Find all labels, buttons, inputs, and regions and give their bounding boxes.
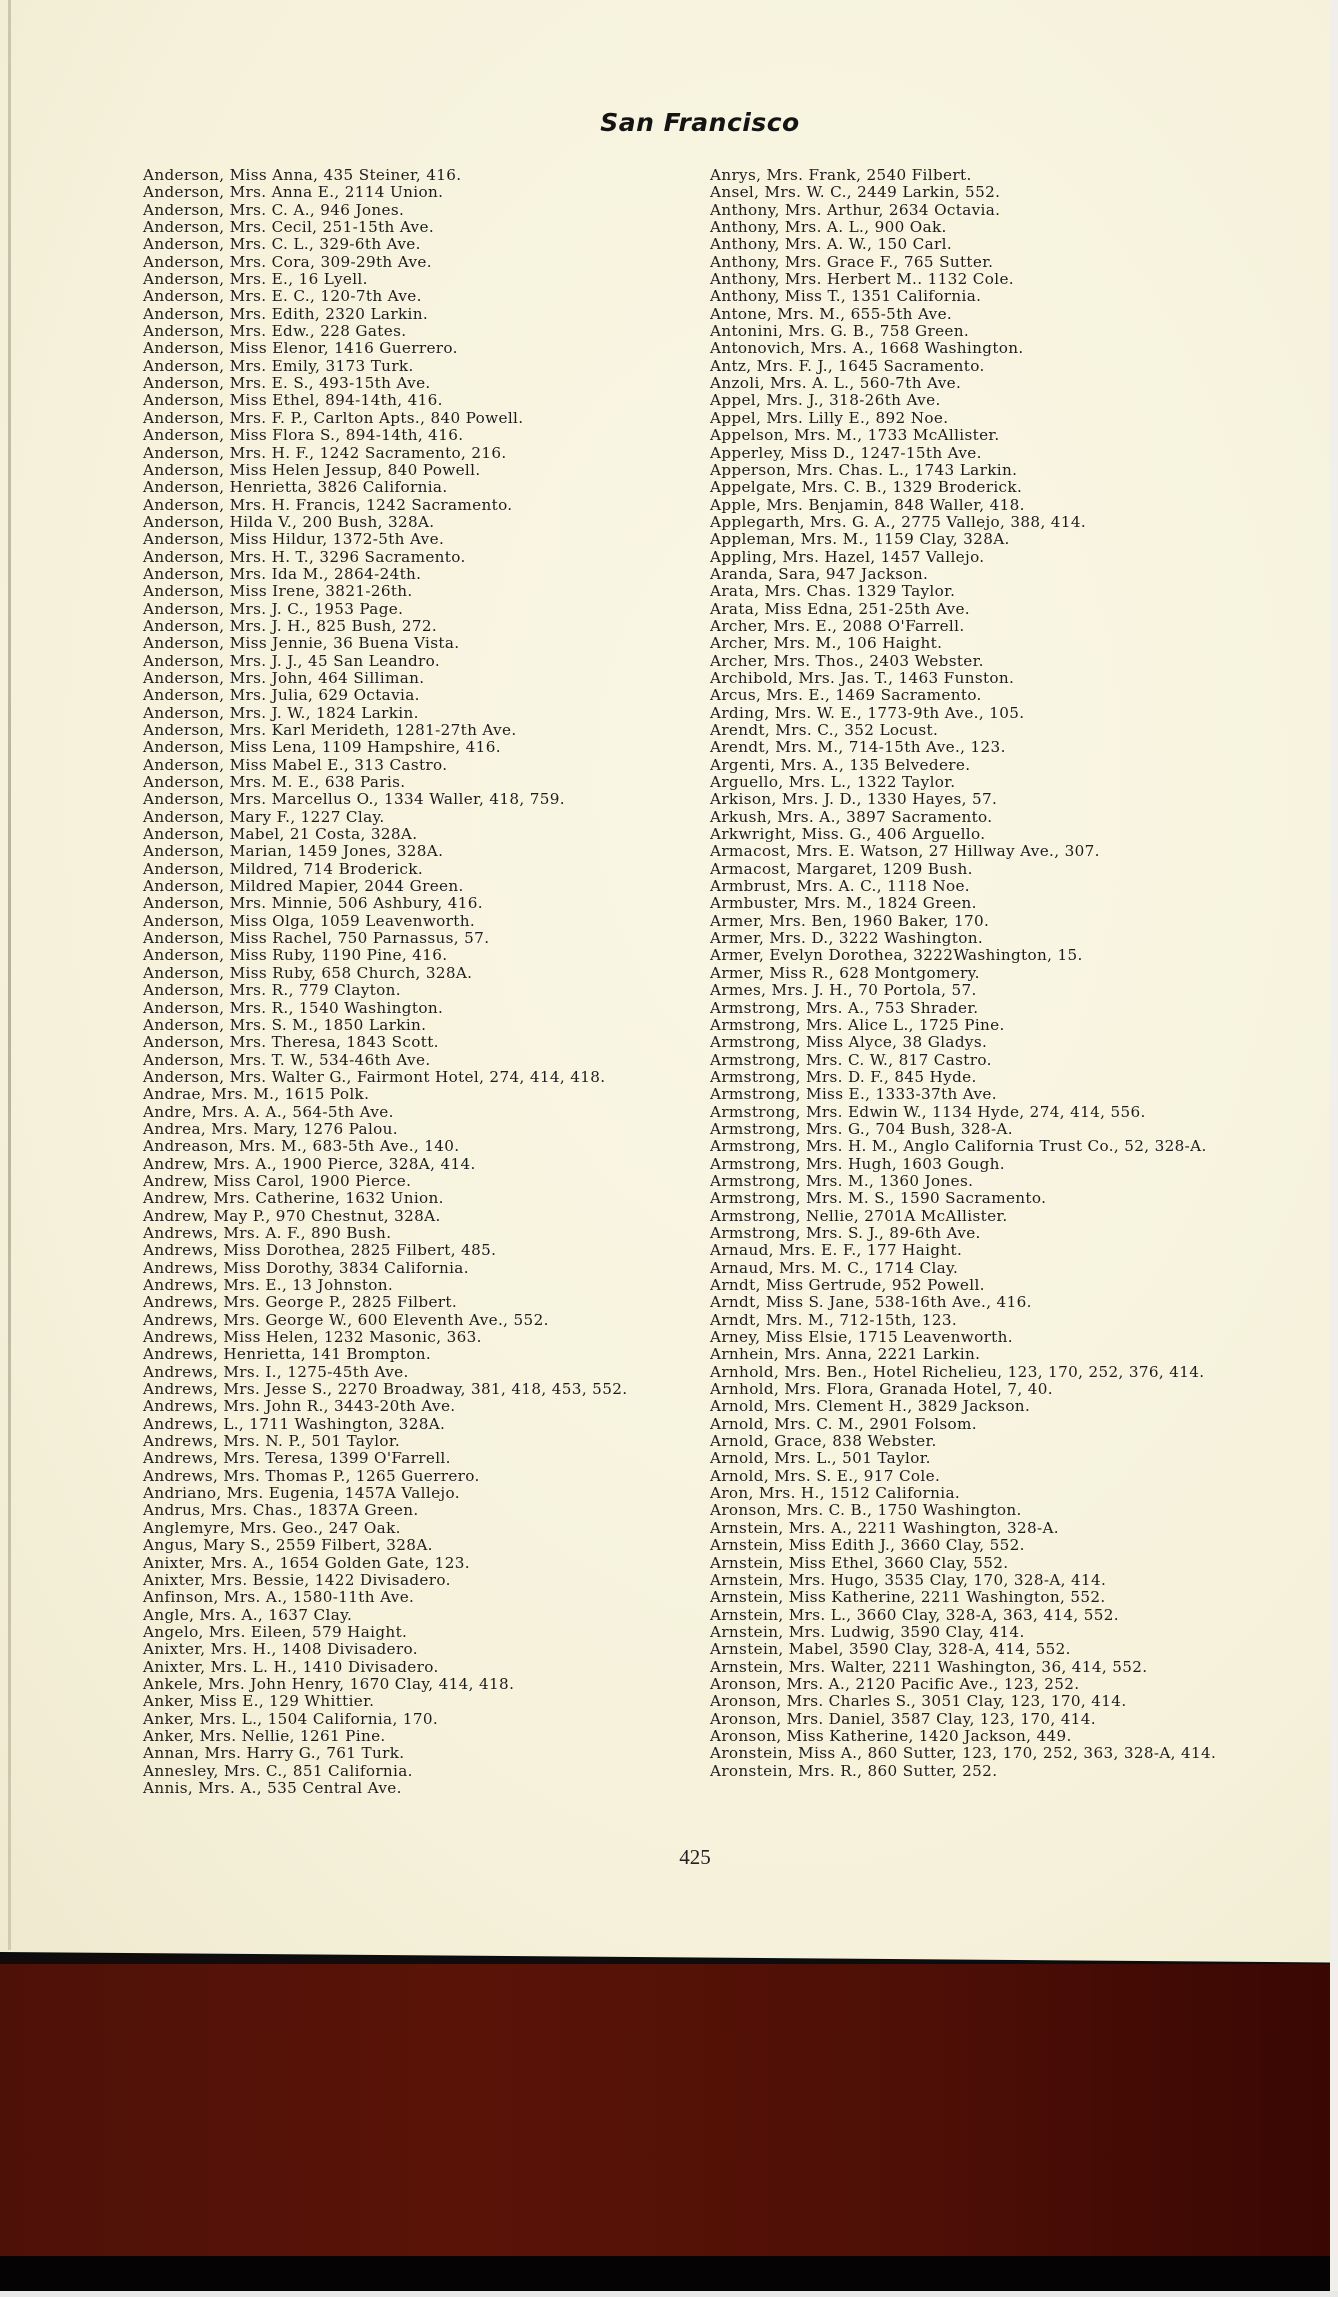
directory-entry: Archibold, Mrs. Jas. T., 1463 Funston. [710, 670, 1250, 687]
directory-entry: Argenti, Mrs. A., 135 Belvedere. [710, 757, 1250, 774]
directory-entry: Angle, Mrs. A., 1637 Clay. [143, 1607, 683, 1624]
right-column: Anrys, Mrs. Frank, 2540 Filbert.Ansel, M… [710, 167, 1250, 1780]
directory-entry: Arnhold, Mrs. Ben., Hotel Richelieu, 123… [710, 1364, 1250, 1381]
directory-entry: Anderson, Mrs. Emily, 3173 Turk. [143, 358, 683, 375]
directory-entry: Anderson, Miss Elenor, 1416 Guerrero. [143, 340, 683, 357]
directory-entry: Armbuster, Mrs. M., 1824 Green. [710, 895, 1250, 912]
directory-entry: Arnhold, Mrs. Flora, Granada Hotel, 7, 4… [710, 1381, 1250, 1398]
directory-entry: Anderson, Miss Flora S., 894-14th, 416. [143, 427, 683, 444]
directory-entry: Apperson, Mrs. Chas. L., 1743 Larkin. [710, 462, 1250, 479]
directory-entry: Appel, Mrs. Lilly E., 892 Noe. [710, 410, 1250, 427]
directory-entry: Aronstein, Mrs. R., 860 Sutter, 252. [710, 1763, 1250, 1780]
directory-entry: Arguello, Mrs. L., 1322 Taylor. [710, 774, 1250, 791]
directory-entry: Andrews, Mrs. Thomas P., 1265 Guerrero. [143, 1468, 683, 1485]
directory-entry: Arndt, Miss Gertrude, 952 Powell. [710, 1277, 1250, 1294]
directory-entry: Appelgate, Mrs. C. B., 1329 Broderick. [710, 479, 1250, 496]
directory-entry: Armacost, Margaret, 1209 Bush. [710, 861, 1250, 878]
directory-entry: Anderson, Marian, 1459 Jones, 328A. [143, 843, 683, 860]
directory-entry: Arnstein, Mabel, 3590 Clay, 328-A, 414, … [710, 1641, 1250, 1658]
directory-entry: Andrus, Mrs. Chas., 1837A Green. [143, 1502, 683, 1519]
directory-entry: Antz, Mrs. F. J., 1645 Sacramento. [710, 358, 1250, 375]
directory-entry: Arnold, Grace, 838 Webster. [710, 1433, 1250, 1450]
directory-entry: Anderson, Mrs. S. M., 1850 Larkin. [143, 1017, 683, 1034]
directory-entry: Apperley, Miss D., 1247-15th Ave. [710, 445, 1250, 462]
directory-entry: Andrews, Mrs. Teresa, 1399 O'Farrell. [143, 1450, 683, 1467]
page-number: 425 [0, 1845, 1338, 1870]
directory-entry: Armstrong, Mrs. G., 704 Bush, 328-A. [710, 1121, 1250, 1138]
directory-entry: Armstrong, Mrs. C. W., 817 Castro. [710, 1052, 1250, 1069]
directory-entry: Andrews, Mrs. Jesse S., 2270 Broadway, 3… [143, 1381, 683, 1398]
directory-entry: Anthony, Mrs. A. L., 900 Oak. [710, 219, 1250, 236]
directory-entry: Anderson, Mrs. J. C., 1953 Page. [143, 601, 683, 618]
directory-entry: Anker, Mrs. L., 1504 California, 170. [143, 1711, 683, 1728]
directory-entry: Anderson, Mrs. E. C., 120-7th Ave. [143, 288, 683, 305]
directory-entry: Antonovich, Mrs. A., 1668 Washington. [710, 340, 1250, 357]
directory-entry: Archer, Mrs. M., 106 Haight. [710, 635, 1250, 652]
directory-entry: Anthony, Mrs. Herbert M.. 1132 Cole. [710, 271, 1250, 288]
directory-entry: Arnhein, Mrs. Anna, 2221 Larkin. [710, 1346, 1250, 1363]
directory-entry: Anderson, Mrs. T. W., 534-46th Ave. [143, 1052, 683, 1069]
directory-entry: Anixter, Mrs. A., 1654 Golden Gate, 123. [143, 1555, 683, 1572]
scan-margin [1330, 0, 1338, 2297]
directory-entry: Anker, Miss E., 129 Whittier. [143, 1693, 683, 1710]
directory-entry: Andrew, Mrs. A., 1900 Pierce, 328A, 414. [143, 1156, 683, 1173]
directory-entry: Anglemyre, Mrs. Geo., 247 Oak. [143, 1520, 683, 1537]
directory-entry: Anderson, Hilda V., 200 Bush, 328A. [143, 514, 683, 531]
directory-entry: Andrews, Miss Dorothy, 3834 California. [143, 1260, 683, 1277]
directory-page: San Francisco Anderson, Miss Anna, 435 S… [0, 0, 1330, 1962]
directory-entry: Anderson, Miss Anna, 435 Steiner, 416. [143, 167, 683, 184]
directory-entry: Anderson, Miss Ruby, 658 Church, 328A. [143, 965, 683, 982]
directory-entry: Anixter, Mrs. Bessie, 1422 Divisadero. [143, 1572, 683, 1589]
directory-entry: Andrews, Mrs. A. F., 890 Bush. [143, 1225, 683, 1242]
directory-entry: Andrews, Mrs. E., 13 Johnston. [143, 1277, 683, 1294]
directory-entry: Antone, Mrs. M., 655-5th Ave. [710, 306, 1250, 323]
directory-entry: Anderson, Mrs. Anna E., 2114 Union. [143, 184, 683, 201]
directory-entry: Arnstein, Mrs. Walter, 2211 Washington, … [710, 1659, 1250, 1676]
directory-entry: Annesley, Mrs. C., 851 California. [143, 1763, 683, 1780]
directory-entry: Armstrong, Mrs. S. J., 89-6th Ave. [710, 1225, 1250, 1242]
directory-entry: Anderson, Mrs. Cecil, 251-15th Ave. [143, 219, 683, 236]
directory-entry: Aronson, Mrs. A., 2120 Pacific Ave., 123… [710, 1676, 1250, 1693]
directory-entry: Armacost, Mrs. E. Watson, 27 Hillway Ave… [710, 843, 1250, 860]
directory-entry: Aron, Mrs. H., 1512 California. [710, 1485, 1250, 1502]
directory-entry: Arnold, Mrs. S. E., 917 Cole. [710, 1468, 1250, 1485]
directory-entry: Anderson, Mrs. E. S., 493-15th Ave. [143, 375, 683, 392]
directory-entry: Anderson, Miss Irene, 3821-26th. [143, 583, 683, 600]
directory-entry: Andrae, Mrs. M., 1615 Polk. [143, 1086, 683, 1103]
directory-entry: Anderson, Miss Rachel, 750 Parnassus, 57… [143, 930, 683, 947]
directory-entry: Arnstein, Mrs. L., 3660 Clay, 328-A, 363… [710, 1607, 1250, 1624]
directory-entry: Appel, Mrs. J., 318-26th Ave. [710, 392, 1250, 409]
left-column: Anderson, Miss Anna, 435 Steiner, 416.An… [143, 167, 683, 1797]
directory-entry: Angelo, Mrs. Eileen, 579 Haight. [143, 1624, 683, 1641]
directory-entry: Arkush, Mrs. A., 3897 Sacramento. [710, 809, 1250, 826]
directory-entry: Antonini, Mrs. G. B., 758 Green. [710, 323, 1250, 340]
directory-entry: Annis, Mrs. A., 535 Central Ave. [143, 1780, 683, 1797]
directory-entry: Annan, Mrs. Harry G., 761 Turk. [143, 1745, 683, 1762]
directory-entry: Andrea, Mrs. Mary, 1276 Palou. [143, 1121, 683, 1138]
directory-entry: Angus, Mary S., 2559 Filbert, 328A. [143, 1537, 683, 1554]
directory-entry: Anderson, Miss Olga, 1059 Leavenworth. [143, 913, 683, 930]
directory-entry: Anfinson, Mrs. A., 1580-11th Ave. [143, 1589, 683, 1606]
directory-entry: Andrews, L., 1711 Washington, 328A. [143, 1416, 683, 1433]
directory-entry: Anderson, Mrs. Julia, 629 Octavia. [143, 687, 683, 704]
directory-entry: Anderson, Mrs. R., 1540 Washington. [143, 1000, 683, 1017]
directory-entry: Archer, Mrs. Thos., 2403 Webster. [710, 653, 1250, 670]
directory-entry: Arnstein, Miss Katherine, 2211 Washingto… [710, 1589, 1250, 1606]
directory-entry: Armstrong, Mrs. Hugh, 1603 Gough. [710, 1156, 1250, 1173]
directory-entry: Arnold, Mrs. L., 501 Taylor. [710, 1450, 1250, 1467]
directory-entry: Aronson, Miss Katherine, 1420 Jackson, 4… [710, 1728, 1250, 1745]
directory-entry: Anderson, Henrietta, 3826 California. [143, 479, 683, 496]
directory-entry: Anderson, Miss Ethel, 894-14th, 416. [143, 392, 683, 409]
directory-entry: Anderson, Mrs. Minnie, 506 Ashbury, 416. [143, 895, 683, 912]
directory-entry: Anzoli, Mrs. A. L., 560-7th Ave. [710, 375, 1250, 392]
directory-entry: Andrew, Mrs. Catherine, 1632 Union. [143, 1190, 683, 1207]
directory-entry: Arndt, Miss S. Jane, 538-16th Ave., 416. [710, 1294, 1250, 1311]
directory-entry: Anderson, Miss Jennie, 36 Buena Vista. [143, 635, 683, 652]
directory-entry: Anthony, Mrs. Arthur, 2634 Octavia. [710, 202, 1250, 219]
directory-entry: Anderson, Mrs. C. L., 329-6th Ave. [143, 236, 683, 253]
directory-entry: Armes, Mrs. J. H., 70 Portola, 57. [710, 982, 1250, 999]
directory-entry: Anderson, Mrs. R., 779 Clayton. [143, 982, 683, 999]
directory-entry: Arata, Mrs. Chas. 1329 Taylor. [710, 583, 1250, 600]
directory-entry: Arnold, Mrs. Clement H., 3829 Jackson. [710, 1398, 1250, 1415]
directory-entry: Arnstein, Miss Ethel, 3660 Clay, 552. [710, 1555, 1250, 1572]
directory-entry: Armstrong, Mrs. A., 753 Shrader. [710, 1000, 1250, 1017]
directory-entry: Anderson, Mildred Mapier, 2044 Green. [143, 878, 683, 895]
directory-entry: Arndt, Mrs. M., 712-15th, 123. [710, 1312, 1250, 1329]
directory-entry: Anderson, Mildred, 714 Broderick. [143, 861, 683, 878]
directory-entry: Andrews, Mrs. John R., 3443-20th Ave. [143, 1398, 683, 1415]
directory-entry: Armstrong, Mrs. D. F., 845 Hyde. [710, 1069, 1250, 1086]
directory-entry: Anderson, Mrs. Marcellus O., 1334 Waller… [143, 791, 683, 808]
directory-entry: Andrews, Mrs. George W., 600 Eleventh Av… [143, 1312, 683, 1329]
directory-entry: Andrew, Miss Carol, 1900 Pierce. [143, 1173, 683, 1190]
directory-entry: Armbrust, Mrs. A. C., 1118 Noe. [710, 878, 1250, 895]
directory-entry: Anthony, Mrs. A. W., 150 Carl. [710, 236, 1250, 253]
directory-entry: Armstrong, Mrs. M., 1360 Jones. [710, 1173, 1250, 1190]
directory-entry: Arnaud, Mrs. E. F., 177 Haight. [710, 1242, 1250, 1259]
directory-entry: Ankele, Mrs. John Henry, 1670 Clay, 414,… [143, 1676, 683, 1693]
directory-entry: Anderson, Mrs. Ida M., 2864-24th. [143, 566, 683, 583]
directory-entry: Arcus, Mrs. E., 1469 Sacramento. [710, 687, 1250, 704]
directory-entry: Andrews, Miss Helen, 1232 Masonic, 363. [143, 1329, 683, 1346]
directory-entry: Anderson, Miss Ruby, 1190 Pine, 416. [143, 947, 683, 964]
directory-entry: Anker, Mrs. Nellie, 1261 Pine. [143, 1728, 683, 1745]
directory-entry: Anderson, Mrs. John, 464 Silliman. [143, 670, 683, 687]
directory-entry: Anderson, Mrs. J. H., 825 Bush, 272. [143, 618, 683, 635]
directory-entry: Arnstein, Mrs. Ludwig, 3590 Clay, 414. [710, 1624, 1250, 1641]
directory-entry: Anixter, Mrs. H., 1408 Divisadero. [143, 1641, 683, 1658]
directory-entry: Anderson, Mrs. E., 16 Lyell. [143, 271, 683, 288]
directory-entry: Arnstein, Mrs. A., 2211 Washington, 328-… [710, 1520, 1250, 1537]
directory-entry: Armstrong, Miss Alyce, 38 Gladys. [710, 1034, 1250, 1051]
directory-entry: Appelson, Mrs. M., 1733 McAllister. [710, 427, 1250, 444]
directory-entry: Anderson, Miss Hildur, 1372-5th Ave. [143, 531, 683, 548]
directory-entry: Anderson, Mrs. Walter G., Fairmont Hotel… [143, 1069, 683, 1086]
directory-entry: Anthony, Mrs. Grace F., 765 Sutter. [710, 254, 1250, 271]
book-cover [0, 1964, 1330, 2258]
directory-entry: Armstrong, Mrs. H. M., Anglo California … [710, 1138, 1250, 1155]
directory-entry: Andreason, Mrs. M., 683-5th Ave., 140. [143, 1138, 683, 1155]
directory-entry: Applegarth, Mrs. G. A., 2775 Vallejo, 38… [710, 514, 1250, 531]
directory-entry: Arendt, Mrs. C., 352 Locust. [710, 722, 1250, 739]
directory-entry: Apple, Mrs. Benjamin, 848 Waller, 418. [710, 497, 1250, 514]
directory-entry: Anderson, Mrs. Karl Merideth, 1281-27th … [143, 722, 683, 739]
directory-entry: Aronson, Mrs. Charles S., 3051 Clay, 123… [710, 1693, 1250, 1710]
directory-entry: Armer, Evelyn Dorothea, 3222Washington, … [710, 947, 1250, 964]
directory-entry: Armer, Mrs. D., 3222 Washington. [710, 930, 1250, 947]
directory-entry: Andrews, Mrs. N. P., 501 Taylor. [143, 1433, 683, 1450]
directory-entry: Arkison, Mrs. J. D., 1330 Hayes, 57. [710, 791, 1250, 808]
directory-entry: Armstrong, Miss E., 1333-37th Ave. [710, 1086, 1250, 1103]
directory-entry: Armstrong, Mrs. Edwin W., 1134 Hyde, 274… [710, 1104, 1250, 1121]
directory-entry: Arnstein, Mrs. Hugo, 3535 Clay, 170, 328… [710, 1572, 1250, 1589]
directory-entry: Anderson, Mrs. H. F., 1242 Sacramento, 2… [143, 445, 683, 462]
directory-entry: Anderson, Miss Mabel E., 313 Castro. [143, 757, 683, 774]
directory-entry: Anderson, Mrs. J. J., 45 San Leandro. [143, 653, 683, 670]
directory-entry: Arney, Miss Elsie, 1715 Leavenworth. [710, 1329, 1250, 1346]
directory-entry: Anderson, Mrs. H. T., 3296 Sacramento. [143, 549, 683, 566]
page-title: San Francisco [0, 108, 1338, 137]
directory-entry: Armstrong, Mrs. M. S., 1590 Sacramento. [710, 1190, 1250, 1207]
directory-entry: Anderson, Mrs. H. Francis, 1242 Sacramen… [143, 497, 683, 514]
directory-entry: Armer, Miss R., 628 Montgomery. [710, 965, 1250, 982]
page-binding-edge [8, 0, 11, 1950]
directory-entry: Arendt, Mrs. M., 714-15th Ave., 123. [710, 739, 1250, 756]
directory-entry: Anderson, Mrs. Edw., 228 Gates. [143, 323, 683, 340]
cover-shadow [0, 2256, 1330, 2292]
directory-entry: Aronson, Mrs. C. B., 1750 Washington. [710, 1502, 1250, 1519]
directory-entry: Anderson, Mrs. C. A., 946 Jones. [143, 202, 683, 219]
directory-entry: Anderson, Mabel, 21 Costa, 328A. [143, 826, 683, 843]
directory-entry: Appling, Mrs. Hazel, 1457 Vallejo. [710, 549, 1250, 566]
scan-background [0, 2291, 1338, 2297]
directory-entry: Arding, Mrs. W. E., 1773-9th Ave., 105. [710, 705, 1250, 722]
directory-entry: Andrews, Miss Dorothea, 2825 Filbert, 48… [143, 1242, 683, 1259]
directory-entry: Anderson, Miss Lena, 1109 Hampshire, 416… [143, 739, 683, 756]
directory-entry: Appleman, Mrs. M., 1159 Clay, 328A. [710, 531, 1250, 548]
directory-entry: Anderson, Mrs. Edith, 2320 Larkin. [143, 306, 683, 323]
directory-entry: Arata, Miss Edna, 251-25th Ave. [710, 601, 1250, 618]
directory-entry: Arnstein, Miss Edith J., 3660 Clay, 552. [710, 1537, 1250, 1554]
directory-entry: Archer, Mrs. E., 2088 O'Farrell. [710, 618, 1250, 635]
directory-entry: Anderson, Mrs. J. W., 1824 Larkin. [143, 705, 683, 722]
directory-entry: Andrews, Henrietta, 141 Brompton. [143, 1346, 683, 1363]
directory-entry: Anderson, Mrs. Theresa, 1843 Scott. [143, 1034, 683, 1051]
directory-entry: Anderson, Mrs. F. P., Carlton Apts., 840… [143, 410, 683, 427]
directory-entry: Anderson, Mary F., 1227 Clay. [143, 809, 683, 826]
directory-entry: Arnold, Mrs. C. M., 2901 Folsom. [710, 1416, 1250, 1433]
directory-entry: Armstrong, Nellie, 2701A McAllister. [710, 1208, 1250, 1225]
directory-entry: Anthony, Miss T., 1351 California. [710, 288, 1250, 305]
directory-entry: Anderson, Mrs. M. E., 638 Paris. [143, 774, 683, 791]
directory-entry: Aronson, Mrs. Daniel, 3587 Clay, 123, 17… [710, 1711, 1250, 1728]
directory-entry: Andrews, Mrs. George P., 2825 Filbert. [143, 1294, 683, 1311]
directory-entry: Andriano, Mrs. Eugenia, 1457A Vallejo. [143, 1485, 683, 1502]
directory-entry: Andre, Mrs. A. A., 564-5th Ave. [143, 1104, 683, 1121]
directory-entry: Aranda, Sara, 947 Jackson. [710, 566, 1250, 583]
directory-entry: Ansel, Mrs. W. C., 2449 Larkin, 552. [710, 184, 1250, 201]
directory-entry: Andrew, May P., 970 Chestnut, 328A. [143, 1208, 683, 1225]
directory-entry: Arkwright, Miss. G., 406 Arguello. [710, 826, 1250, 843]
directory-entry: Anixter, Mrs. L. H., 1410 Divisadero. [143, 1659, 683, 1676]
directory-entry: Anderson, Miss Helen Jessup, 840 Powell. [143, 462, 683, 479]
directory-entry: Aronstein, Miss A., 860 Sutter, 123, 170… [710, 1745, 1250, 1762]
directory-entry: Anrys, Mrs. Frank, 2540 Filbert. [710, 167, 1250, 184]
directory-entry: Anderson, Mrs. Cora, 309-29th Ave. [143, 254, 683, 271]
directory-entry: Andrews, Mrs. I., 1275-45th Ave. [143, 1364, 683, 1381]
directory-entry: Arnaud, Mrs. M. C., 1714 Clay. [710, 1260, 1250, 1277]
directory-entry: Armstrong, Mrs. Alice L., 1725 Pine. [710, 1017, 1250, 1034]
directory-entry: Armer, Mrs. Ben, 1960 Baker, 170. [710, 913, 1250, 930]
